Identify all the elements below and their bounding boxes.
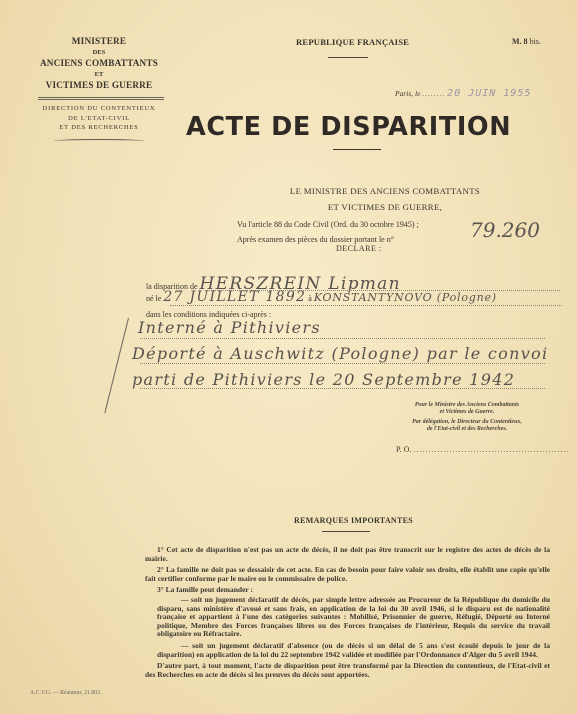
signature-block: Pour le Ministre des Anciens Combattants… — [382, 402, 552, 433]
remark-paragraph: 3° La famille peut demander : — [145, 586, 550, 595]
ministry-line: DES — [38, 47, 160, 58]
direction-line: ET DES RECHERCHES — [38, 123, 160, 133]
document-title: ACTE DE DISPARITION — [186, 112, 511, 142]
remarks-body: 1° Cet acte de disparition n'est pas un … — [145, 546, 550, 682]
po-field: P. O. ..................................… — [396, 445, 569, 454]
ministry-line: MINISTERE — [38, 36, 160, 47]
condition-line: Déporté à Auschwitz (Pologne) par le con… — [132, 344, 548, 363]
divider — [328, 57, 368, 58]
field-dotted-line — [140, 363, 545, 364]
legal-basis: Vu l'article 88 du Code Civil (Ord. du 3… — [237, 217, 419, 247]
ministry-line: VICTIMES DE GUERRE — [38, 80, 160, 91]
form-suffix: bis. — [530, 37, 541, 46]
minister-line: ET VICTIMES DE GUERRE, — [230, 199, 540, 215]
ministry-line: ET — [38, 69, 160, 80]
republic-heading: REPUBLIQUE FRANÇAISE — [296, 37, 409, 47]
birth-field: né le 27 JUILLET 1892 à KONSTANTYNOVO (P… — [146, 289, 566, 305]
birth-place: KONSTANTYNOVO (Pologne) — [314, 291, 497, 304]
signature-line: de l'Etat-civil et des Recherches. — [382, 426, 552, 433]
condition-line: Interné à Pithiviers — [138, 318, 321, 337]
file-number: 79.260 — [470, 218, 540, 242]
form-reference: M. 8 bis. — [512, 37, 541, 46]
born-label: né le — [146, 294, 161, 303]
legal-article: Vu l'article 88 du Code Civil (Ord. du 3… — [237, 217, 419, 232]
place-date: Paris, le ........ 20 JUIN 1955 — [395, 88, 531, 99]
signature-line: Pour le Ministre des Anciens Combattants — [382, 402, 552, 409]
field-dotted-line — [170, 305, 562, 306]
remark-subparagraph: — soit un jugement déclaratif de décès, … — [157, 596, 550, 639]
signature-line: Par délégation, le Directeur du Contenti… — [382, 419, 552, 426]
field-dotted-line — [140, 338, 545, 339]
header-divider — [38, 97, 164, 100]
ministry-line: ANCIENS COMBATTANTS — [38, 58, 160, 69]
remark-paragraph: 1° Cet acte de disparition n'est pas un … — [145, 546, 550, 563]
form-code: M. 8 — [512, 37, 528, 46]
legal-dossier: Après examen des pièces du dossier porta… — [237, 232, 419, 247]
po-label: P. O. — [396, 445, 411, 454]
condition-line: parti de Pithiviers le 20 Septembre 1942 — [132, 370, 515, 389]
signature-line: et Victimes de Guerre. — [382, 409, 552, 416]
ornament-divider — [54, 139, 144, 143]
birth-date: 27 JUILLET 1892 — [163, 289, 306, 305]
field-dotted-line — [140, 388, 545, 389]
date-dots: ........ — [422, 89, 445, 98]
title-divider — [333, 149, 381, 150]
remarks-title: REMARQUES IMPORTANTES — [130, 516, 577, 525]
remark-paragraph: 2° La famille ne doit pas se dessaisir d… — [145, 566, 550, 583]
direction-line: DIRECTION DU CONTENTIEUX — [38, 104, 160, 114]
place-label: Paris, le — [395, 89, 420, 98]
minister-line: LE MINISTRE DES ANCIENS COMBATTANTS — [230, 183, 540, 199]
remark-subparagraph: — soit un jugement déclaratif d'absence … — [157, 642, 550, 659]
date-stamp: 20 JUIN 1955 — [447, 88, 531, 99]
cancel-stroke — [104, 318, 129, 413]
printer-footer: A.C.V.G. — Réaumur, 21.803. — [30, 690, 101, 696]
declare-heading: DECLARE : — [336, 244, 382, 253]
remark-paragraph: D'autre part, à tout moment, l'acte de d… — [145, 662, 550, 679]
remarks-divider — [322, 531, 370, 532]
direction-line: DE L'ETAT-CIVIL — [38, 114, 160, 124]
minister-heading: LE MINISTRE DES ANCIENS COMBATTANTS ET V… — [230, 183, 540, 215]
born-at-label: à — [308, 294, 312, 303]
ministry-header: MINISTERE DES ANCIENS COMBATTANTS ET VIC… — [38, 36, 160, 143]
